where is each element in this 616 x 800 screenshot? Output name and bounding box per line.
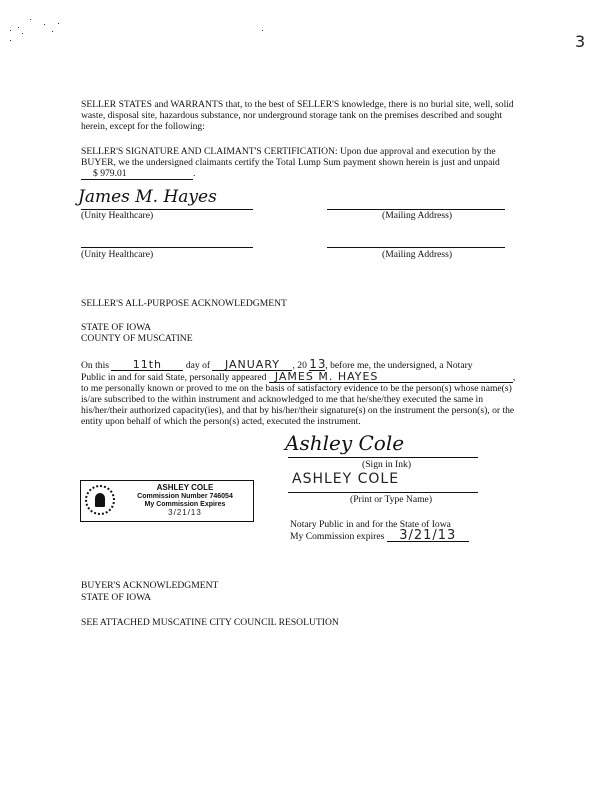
unity-healthcare-label-2: (Unity Healthcare) (81, 249, 153, 260)
notary-sign-line (288, 457, 478, 458)
acknowledgment-state: STATE OF IOWA (81, 322, 151, 333)
acknowledgment-county: COUNTY OF MUSCATINE (81, 333, 193, 344)
certification-heading: SELLER'S SIGNATURE AND CLAIMANT'S CERTIF… (81, 146, 338, 157)
address-line-2 (327, 247, 505, 248)
buyer-heading: BUYER'S ACKNOWLEDGMENT (81, 580, 218, 591)
commission-expires-line: My Commission expires 3/21/13 (290, 530, 469, 542)
page-number: 3 (575, 36, 586, 47)
notary-print-line (288, 492, 478, 493)
appeared-name-field: JAMES M. HAYES (269, 371, 513, 383)
notary-printed-name: ASHLEY COLE (292, 474, 399, 485)
stamp-commission-number: Commission Number 746054 (119, 493, 251, 501)
notary-stamp: ASHLEY COLE Commission Number 746054 My … (80, 480, 254, 522)
unity-healthcare-label-1: (Unity Healthcare) (81, 210, 153, 221)
warranty-paragraph: SELLER STATES and WARRANTS that, to the … (81, 99, 521, 132)
buyer-state: STATE OF IOWA (81, 592, 151, 603)
notary-signature: Ashley Cole (285, 438, 404, 449)
print-type-name-label: (Print or Type Name) (350, 494, 432, 505)
acknowledgment-heading: SELLER'S ALL-PURPOSE ACKNOWLEDGMENT (81, 298, 287, 309)
certification-paragraph: SELLER'S SIGNATURE AND CLAIMANT'S CERTIF… (81, 146, 521, 180)
sign-in-ink-label: (Sign in Ink) (362, 459, 411, 470)
mailing-address-label-1: (Mailing Address) (382, 210, 452, 221)
day-field: 11th (111, 359, 183, 371)
stamp-name: ASHLEY COLE (119, 484, 251, 492)
amount-field: $ 979.01 (81, 168, 193, 180)
notary-seal-icon (85, 485, 115, 515)
seller-signature: James M. Hayes (78, 192, 217, 203)
acknowledgment-body: to me personally known or proved to me o… (81, 383, 527, 427)
stamp-expires-value: 3/21/13 (119, 509, 251, 517)
signature-line-2 (81, 247, 253, 248)
acknowledgment-appeared-line: Public in and for said State, personally… (81, 371, 515, 383)
commission-expires-field: 3/21/13 (387, 530, 469, 542)
buyer-resolution: SEE ATTACHED MUSCATINE CITY COUNCIL RESO… (81, 617, 339, 628)
mailing-address-label-2: (Mailing Address) (382, 249, 452, 260)
